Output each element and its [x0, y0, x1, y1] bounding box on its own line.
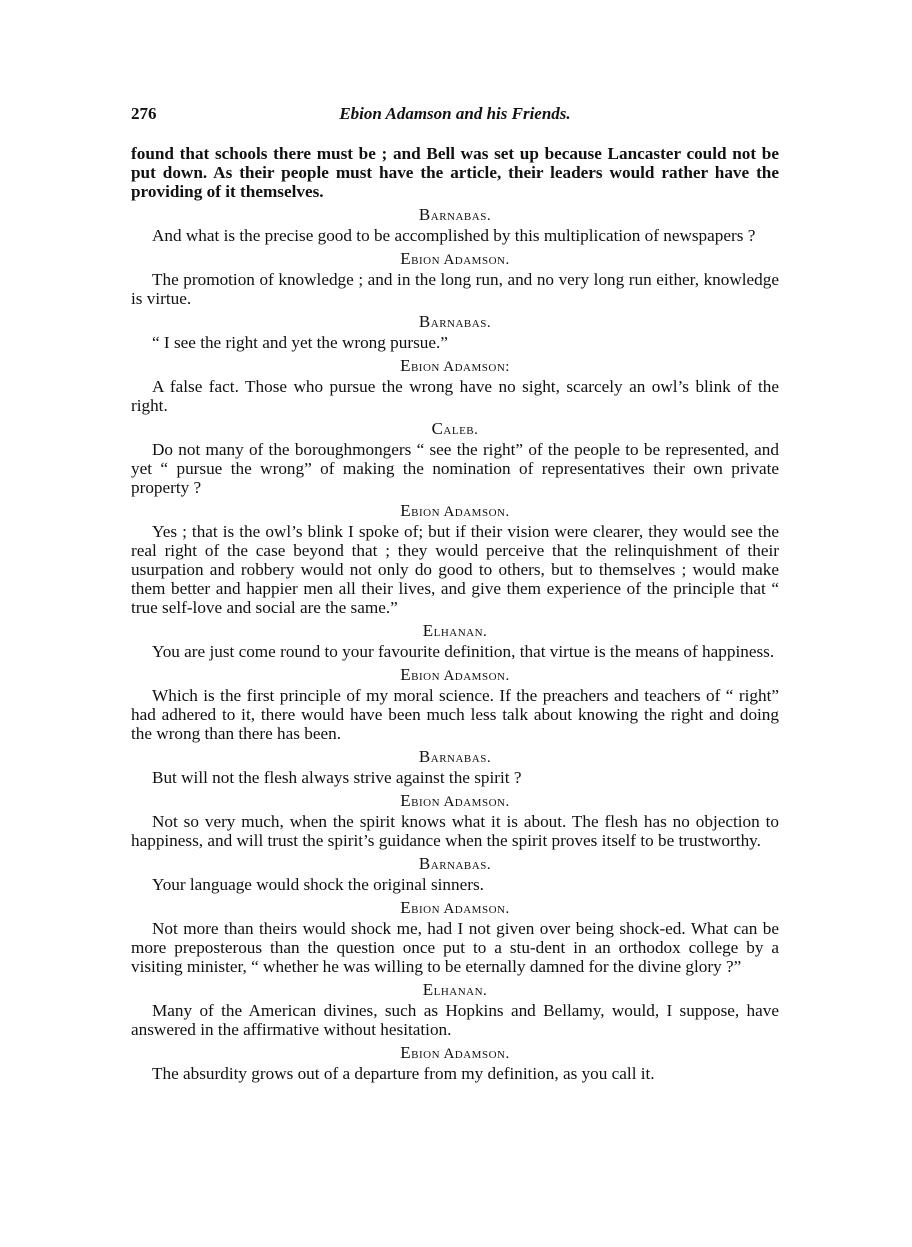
dialogue-exchange: Caleb.Do not many of the boroughmongers … — [131, 419, 779, 497]
speaker-name: Barnabas. — [131, 747, 779, 768]
speech-paragraph: Not so very much, when the spirit knows … — [131, 812, 779, 850]
speaker-name: Barnabas. — [131, 312, 779, 333]
speaker-name: Caleb. — [131, 419, 779, 440]
running-title: Ebion Adamson and his Friends. — [131, 104, 779, 124]
dialogue-exchange: Elhanan.You are just come round to your … — [131, 621, 779, 661]
speaker-name: Ebion Adamson. — [131, 501, 779, 522]
speech-paragraph: Many of the American divines, such as Ho… — [131, 1001, 779, 1039]
speaker-name: Barnabas. — [131, 854, 779, 875]
speech-paragraph: The promotion of knowledge ; and in the … — [131, 270, 779, 308]
book-page: 276 Ebion Adamson and his Friends. found… — [131, 104, 779, 1083]
speech-paragraph: “ I see the right and yet the wrong purs… — [131, 333, 779, 352]
speech-paragraph: Do not many of the boroughmongers “ see … — [131, 440, 779, 497]
dialogue-exchange: Elhanan.Many of the American divines, su… — [131, 980, 779, 1039]
speaker-name: Barnabas. — [131, 205, 779, 226]
dialogue-exchange: Ebion Adamson.Yes ; that is the owl’s bl… — [131, 501, 779, 617]
dialogue-exchange: Ebion Adamson.Not more than theirs would… — [131, 898, 779, 976]
speaker-name: Ebion Adamson. — [131, 249, 779, 270]
speaker-name: Ebion Adamson. — [131, 1043, 779, 1064]
speaker-name: Ebion Adamson. — [131, 665, 779, 686]
dialogue-exchange: Barnabas.But will not the flesh always s… — [131, 747, 779, 787]
dialogue: Barnabas.And what is the precise good to… — [131, 205, 779, 1083]
speaker-name: Ebion Adamson. — [131, 898, 779, 919]
dialogue-exchange: Ebion Adamson:A false fact. Those who pu… — [131, 356, 779, 415]
speaker-name: Elhanan. — [131, 621, 779, 642]
speech-paragraph: Not more than theirs would shock me, had… — [131, 919, 779, 976]
speaker-name: Ebion Adamson. — [131, 791, 779, 812]
speech-paragraph: Your language would shock the original s… — [131, 875, 779, 894]
speaker-name: Elhanan. — [131, 980, 779, 1001]
running-head: 276 Ebion Adamson and his Friends. — [131, 104, 779, 128]
speaker-name: Ebion Adamson: — [131, 356, 779, 377]
page-body: found that schools there must be ; and B… — [131, 144, 779, 1083]
speech-paragraph: Yes ; that is the owl’s blink I spoke of… — [131, 522, 779, 617]
dialogue-exchange: Ebion Adamson.The absurdity grows out of… — [131, 1043, 779, 1083]
opening-paragraph: found that schools there must be ; and B… — [131, 144, 779, 201]
speech-paragraph: A false fact. Those who pursue the wrong… — [131, 377, 779, 415]
speech-paragraph: You are just come round to your favourit… — [131, 642, 779, 661]
speech-paragraph: Which is the first principle of my moral… — [131, 686, 779, 743]
dialogue-exchange: Ebion Adamson.Not so very much, when the… — [131, 791, 779, 850]
dialogue-exchange: Barnabas.Your language would shock the o… — [131, 854, 779, 894]
speech-paragraph: And what is the precise good to be accom… — [131, 226, 779, 245]
dialogue-exchange: Ebion Adamson.Which is the first princip… — [131, 665, 779, 743]
dialogue-exchange: Ebion Adamson.The promotion of knowledge… — [131, 249, 779, 308]
speech-paragraph: But will not the flesh always strive aga… — [131, 768, 779, 787]
speech-paragraph: The absurdity grows out of a departure f… — [131, 1064, 779, 1083]
dialogue-exchange: Barnabas.And what is the precise good to… — [131, 205, 779, 245]
dialogue-exchange: Barnabas.“ I see the right and yet the w… — [131, 312, 779, 352]
